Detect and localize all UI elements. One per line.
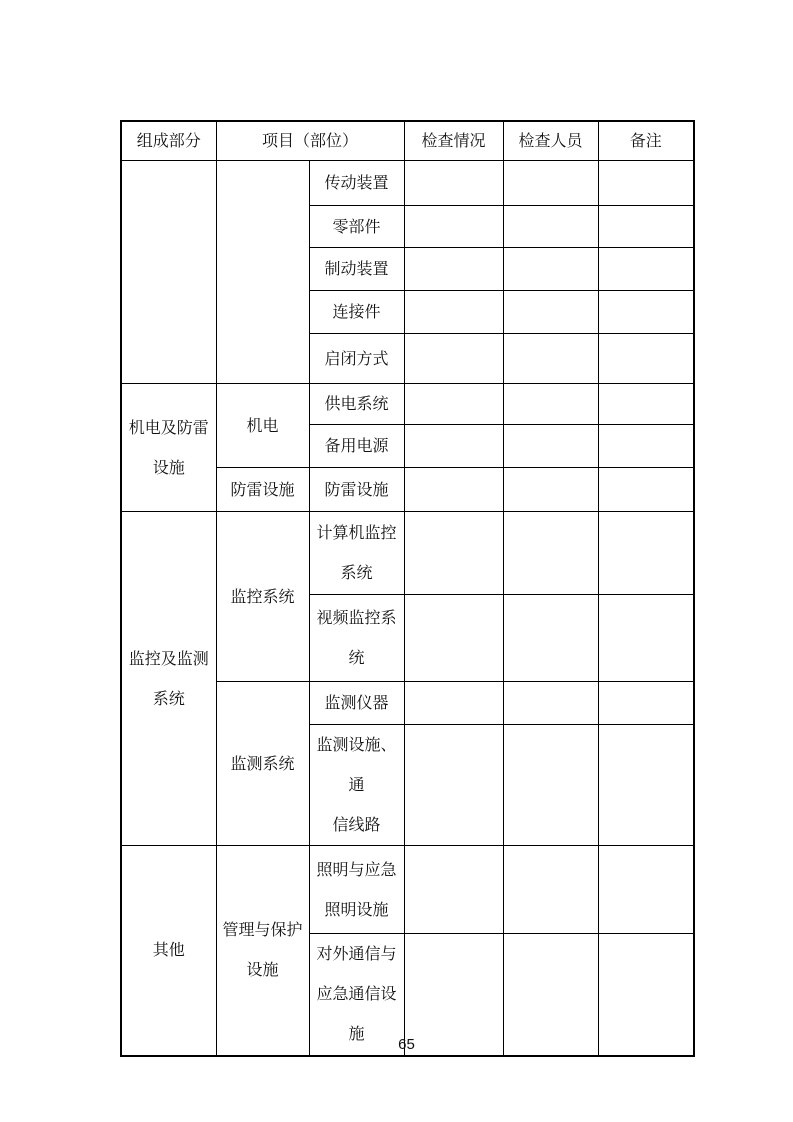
item-cell-backup-power: 备用电源 [309, 425, 404, 468]
header-item-part: 项目（部位） [216, 121, 404, 161]
check-personnel-cell [503, 682, 598, 725]
group-cell-lightning: 防雷设施 [216, 468, 309, 512]
group-cell-monitor-control: 监控系统 [216, 512, 309, 682]
check-status-cell [404, 512, 503, 595]
item-cell-operation-mode: 启闭方式 [309, 334, 404, 384]
component-cell-monitoring: 监控及监测 系统 [121, 512, 216, 846]
item-cell-video-monitoring: 视频监控系 统 [309, 595, 404, 682]
check-status-cell [404, 206, 503, 248]
group-cell-management: 管理与保护 设施 [216, 846, 309, 1056]
check-personnel-cell [503, 595, 598, 682]
item-cell-lighting: 照明与应急 照明设施 [309, 846, 404, 934]
page-number: 65 [120, 1036, 693, 1053]
remarks-cell [598, 384, 694, 425]
remarks-cell [598, 468, 694, 512]
remarks-cell [598, 206, 694, 248]
item-cell-transmission: 传动装置 [309, 161, 404, 206]
document-page: 组成部分 项目（部位） 检查情况 检查人员 备注 传动装置 零部件 [0, 0, 793, 1122]
table-row: 其他 管理与保护 设施 照明与应急 照明设施 [121, 846, 694, 934]
remarks-cell [598, 425, 694, 468]
check-status-cell [404, 161, 503, 206]
check-status-cell [404, 682, 503, 725]
remarks-cell [598, 512, 694, 595]
table-row: 传动装置 [121, 161, 694, 206]
header-remarks: 备注 [598, 121, 694, 161]
check-personnel-cell [503, 425, 598, 468]
check-status-cell [404, 425, 503, 468]
check-personnel-cell [503, 846, 598, 934]
group-cell-continued [216, 161, 309, 384]
inspection-table: 组成部分 项目（部位） 检查情况 检查人员 备注 传动装置 零部件 [120, 120, 695, 1057]
remarks-cell [598, 248, 694, 291]
remarks-cell [598, 291, 694, 334]
item-cell-connectors: 连接件 [309, 291, 404, 334]
component-cell-continued [121, 161, 216, 384]
check-personnel-cell [503, 206, 598, 248]
check-status-cell [404, 468, 503, 512]
header-check-status: 检查情况 [404, 121, 503, 161]
header-component: 组成部分 [121, 121, 216, 161]
remarks-cell [598, 846, 694, 934]
check-status-cell [404, 725, 503, 846]
check-status-cell [404, 291, 503, 334]
component-cell-other: 其他 [121, 846, 216, 1056]
check-status-cell [404, 334, 503, 384]
item-cell-measure-facilities: 监测设施、通 信线路 [309, 725, 404, 846]
check-personnel-cell [503, 725, 598, 846]
item-cell-power-supply: 供电系统 [309, 384, 404, 425]
check-personnel-cell [503, 248, 598, 291]
remarks-cell [598, 725, 694, 846]
check-status-cell [404, 846, 503, 934]
check-personnel-cell [503, 384, 598, 425]
item-cell-instruments: 监测仪器 [309, 682, 404, 725]
check-personnel-cell [503, 468, 598, 512]
table-row: 监控及监测 系统 监控系统 计算机监控 系统 [121, 512, 694, 595]
header-check-personnel: 检查人员 [503, 121, 598, 161]
check-status-cell [404, 595, 503, 682]
check-personnel-cell [503, 291, 598, 334]
item-cell-lightning: 防雷设施 [309, 468, 404, 512]
check-personnel-cell [503, 512, 598, 595]
table-row: 机电及防雷 设施 机电 供电系统 [121, 384, 694, 425]
check-status-cell [404, 248, 503, 291]
group-cell-electromech: 机电 [216, 384, 309, 468]
check-personnel-cell [503, 161, 598, 206]
check-status-cell [404, 384, 503, 425]
remarks-cell [598, 161, 694, 206]
remarks-cell [598, 682, 694, 725]
table-header-row: 组成部分 项目（部位） 检查情况 检查人员 备注 [121, 121, 694, 161]
component-cell-electromechanical: 机电及防雷 设施 [121, 384, 216, 512]
remarks-cell [598, 595, 694, 682]
item-cell-brake: 制动装置 [309, 248, 404, 291]
check-personnel-cell [503, 334, 598, 384]
item-cell-computer-monitoring: 计算机监控 系统 [309, 512, 404, 595]
group-cell-monitor-measure: 监测系统 [216, 682, 309, 846]
item-cell-parts: 零部件 [309, 206, 404, 248]
remarks-cell [598, 334, 694, 384]
